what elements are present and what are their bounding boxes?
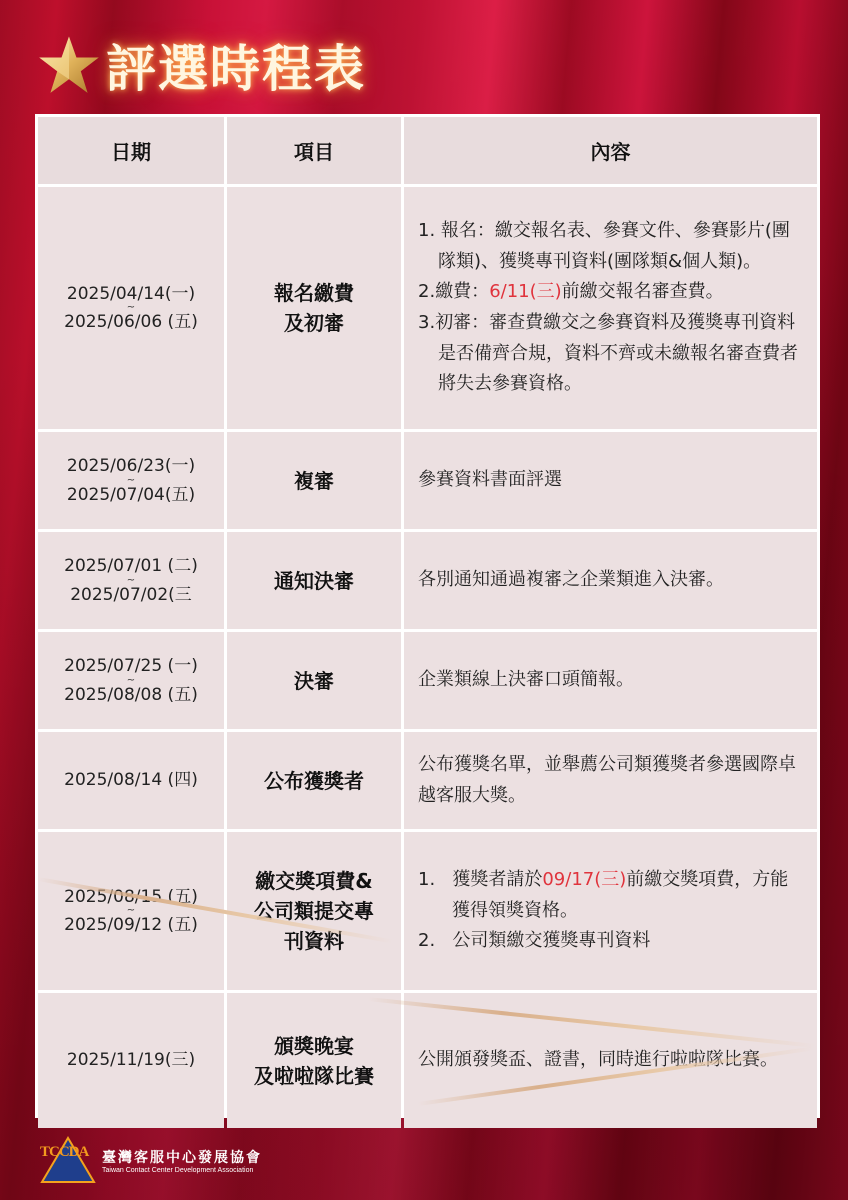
tccda-logo-icon: TCCDA — [40, 1136, 96, 1184]
column-header-item: 項目 — [227, 117, 401, 184]
row-6-item: 繳交獎項費&公司類提交專刊資料 — [227, 832, 401, 990]
row-1-content: 1. 報名：繳交報名表、參賽文件、參賽影片(團隊類)、獲獎專刊資料(團隊類&個人… — [404, 187, 817, 429]
date-end: 2025/07/04(五) — [67, 485, 195, 505]
title-bar: 評選時程表 — [38, 30, 366, 100]
row-1-date: 2025/04/14(一) ~ 2025/06/06 (五) — [38, 187, 224, 429]
item-line: 公司類提交專 — [254, 896, 374, 926]
date-start: 2025/04/14(一) — [67, 284, 195, 304]
item-line: 及初審 — [274, 308, 354, 338]
row-4-date: 2025/07/25 (一) ~ 2025/08/08 (五) — [38, 632, 224, 729]
item-line: 報名繳費 — [274, 278, 354, 308]
row-5-date: 2025/08/14 (四) — [38, 732, 224, 829]
date-separator: ~ — [127, 304, 135, 312]
date-single: 2025/08/14 (四) — [64, 770, 198, 790]
highlight-date: 6/11(三) — [489, 281, 561, 302]
date-separator: ~ — [127, 907, 135, 915]
row-1-item: 報名繳費及初審 — [227, 187, 401, 429]
column-header-date: 日期 — [38, 117, 224, 184]
date-single: 2025/11/19(三) — [67, 1050, 195, 1070]
date-start: 2025/08/15 (五) — [64, 887, 198, 907]
row-3-date: 2025/07/01 (二) ~ 2025/07/02(三 — [38, 532, 224, 629]
row-2-content: 參賽資料書面評選 — [404, 432, 817, 529]
date-start: 2025/07/01 (二) — [64, 556, 198, 576]
row-7-item: 頒獎晚宴及啦啦隊比賽 — [227, 993, 401, 1128]
date-start: 2025/07/25 (一) — [64, 656, 198, 676]
highlight-date: 09/17(三) — [542, 869, 626, 890]
date-end: 2025/09/12 (五) — [64, 915, 198, 935]
list-item: 2.繳費：6/11(三)前繳交報名審查費。 — [418, 277, 805, 308]
date-separator: ~ — [127, 577, 135, 585]
row-3-content: 各別通知通過複審之企業類進入決審。 — [404, 532, 817, 629]
item-line: 及啦啦隊比賽 — [254, 1061, 374, 1091]
row-4-content: 企業類線上決審口頭簡報。 — [404, 632, 817, 729]
row-6-content: 1. 獲獎者請於09/17(三)前繳交獎項費，方能獲得領獎資格。 2. 公司類繳… — [404, 832, 817, 990]
date-end: 2025/07/02(三 — [70, 585, 192, 605]
row-6-date: 2025/08/15 (五) ~ 2025/09/12 (五) — [38, 832, 224, 990]
row-7-date: 2025/11/19(三) — [38, 993, 224, 1128]
org-name-en: Taiwan Contact Center Development Associ… — [102, 1167, 262, 1174]
schedule-table: 日期 項目 內容 2025/04/14(一) ~ 2025/06/06 (五) … — [35, 114, 820, 1118]
list-item: 1. 獲獎者請於09/17(三)前繳交獎項費，方能獲得領獎資格。 — [418, 865, 805, 926]
footer-logo: TCCDA 臺灣客服中心發展協會 Taiwan Contact Center D… — [40, 1136, 262, 1184]
org-name-zh: 臺灣客服中心發展協會 — [102, 1147, 262, 1167]
page-title: 評選時程表 — [106, 29, 366, 101]
row-2-date: 2025/06/23(一) ~ 2025/07/04(五) — [38, 432, 224, 529]
star-icon — [38, 34, 100, 96]
date-end: 2025/08/08 (五) — [64, 685, 198, 705]
row-7-content: 公開頒發獎盃、證書，同時進行啦啦隊比賽。 — [404, 993, 817, 1128]
content-list: 1. 報名：繳交報名表、參賽文件、參賽影片(團隊類)、獲獎專刊資料(團隊類&個人… — [418, 216, 805, 400]
row-2-item: 複審 — [227, 432, 401, 529]
row-5-item: 公布獲獎者 — [227, 732, 401, 829]
column-header-content: 內容 — [404, 117, 817, 184]
row-5-content: 公布獲獎名單，並舉薦公司類獲獎者參選國際卓越客服大獎。 — [404, 732, 817, 829]
date-separator: ~ — [127, 677, 135, 685]
list-item: 3.初審：審查費繳交之參賽資料及獲獎專刊資料是否備齊合規，資料不齊或未繳報名審查… — [418, 308, 805, 400]
logo-text: TCCDA — [40, 1144, 88, 1161]
date-end: 2025/06/06 (五) — [64, 312, 198, 332]
date-start: 2025/06/23(一) — [67, 456, 195, 476]
content-list: 1. 獲獎者請於09/17(三)前繳交獎項費，方能獲得領獎資格。 2. 公司類繳… — [418, 865, 805, 957]
row-3-item: 通知決審 — [227, 532, 401, 629]
organization-name: 臺灣客服中心發展協會 Taiwan Contact Center Develop… — [102, 1147, 262, 1174]
list-item: 1. 報名：繳交報名表、參賽文件、參賽影片(團隊類)、獲獎專刊資料(團隊類&個人… — [418, 216, 805, 277]
item-line: 頒獎晚宴 — [254, 1031, 374, 1061]
list-item: 2. 公司類繳交獲獎專刊資料 — [418, 926, 805, 957]
date-separator: ~ — [127, 477, 135, 485]
item-line: 刊資料 — [254, 926, 374, 956]
item-line: 繳交獎項費& — [254, 866, 374, 896]
row-4-item: 決審 — [227, 632, 401, 729]
